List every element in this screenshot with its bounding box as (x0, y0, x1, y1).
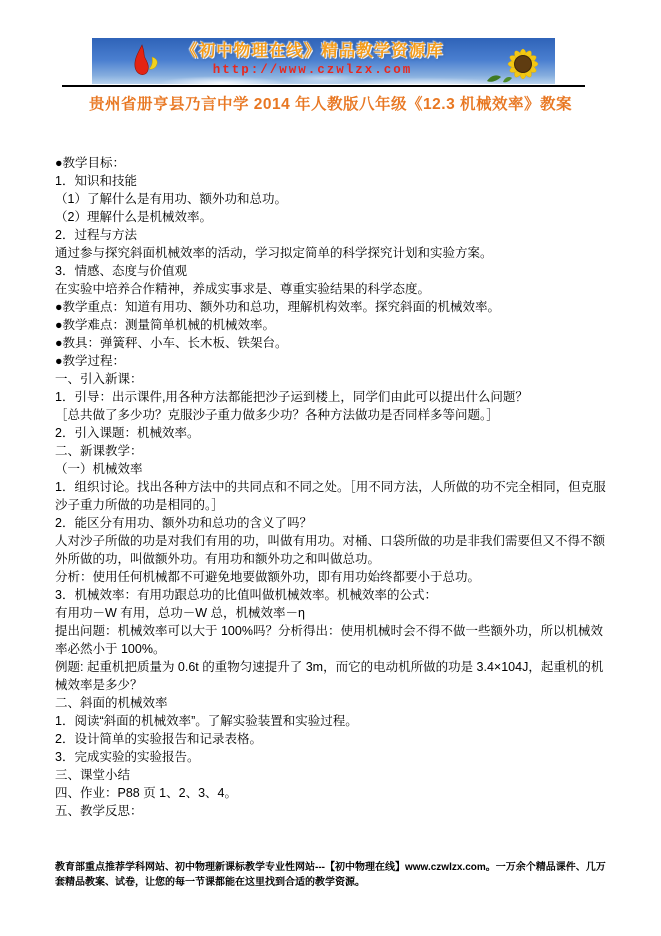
body-paragraph: 2．过程与方法 (55, 226, 607, 244)
document-page: 《初中物理在线》精品教学资源库 http://www.czwlzx.com (0, 0, 661, 936)
body-paragraph: 二、斜面的机械效率 (55, 694, 607, 712)
page-header: 《初中物理在线》精品教学资源库 http://www.czwlzx.com (62, 0, 585, 87)
body-paragraph: 2．引入课题：机械效率。 (55, 424, 607, 442)
body-paragraph: （2）理解什么是机械效率。 (55, 208, 607, 226)
body-paragraph: 二、新课教学： (55, 442, 607, 460)
site-name: 《初中物理在线》精品教学资源库 (148, 40, 477, 62)
body-paragraph: 三、课堂小结 (55, 766, 607, 784)
body-paragraph: 在实验中培养合作精神，养成实事求是、尊重实验结果的科学态度。 (55, 280, 607, 298)
body-paragraph: 1．知识和技能 (55, 172, 607, 190)
body-paragraph: 五、教学反思： (55, 802, 607, 820)
site-banner: 《初中物理在线》精品教学资源库 http://www.czwlzx.com (92, 38, 555, 84)
body-paragraph: ●教学重点：知道有用功、额外功和总功，理解机构效率。探究斜面的机械效率。 (55, 298, 607, 316)
body-paragraph: 3．完成实验的实验报告。 (55, 748, 607, 766)
body-paragraph: （一）机械效率 (55, 460, 607, 478)
body-paragraph: 1．阅读“斜面的机械效率”。了解实验装置和实验过程。 (55, 712, 607, 730)
body-paragraph: ●教学目标： (55, 154, 607, 172)
body-paragraph: ［总共做了多少功？克服沙子重力做多少功？各种方法做功是否同样多等问题。］ (55, 406, 607, 424)
body-paragraph: 提出问题：机械效率可以大于 100%吗？分析得出：使用机械时会不得不做一些额外功… (55, 622, 607, 658)
body-paragraph: 分析：使用任何机械都不可避免地要做额外功，即有用功始终都要小于总功。 (55, 568, 607, 586)
body-paragraph: 1．组织讨论。找出各种方法中的共同点和不同之处。［用不同方法，人所做的功不完全相… (55, 478, 607, 514)
document-title: 贵州省册亨县乃言中学 2014 年人教版八年级《12.3 机械效率》教案 (0, 94, 661, 116)
body-paragraph: 有用功－W 有用，总功－W 总，机械效率－η (55, 604, 607, 622)
body-paragraph: ●教学难点：测量简单机械的机械效率。 (55, 316, 607, 334)
body-paragraph: 2．能区分有用功、额外功和总功的含义了吗？ (55, 514, 607, 532)
body-paragraph: 四、作业：P88 页 1、2、3、4。 (55, 784, 607, 802)
sunflower-icon (483, 41, 549, 84)
body-paragraph: 例题: 起重机把质量为 0.6t 的重物匀速提升了 3m，而它的电动机所做的功是… (55, 658, 607, 694)
body-paragraph: 1．引导：出示课件,用各种方法都能把沙子运到楼上，同学们由此可以提出什么问题？ (55, 388, 607, 406)
page-footer: 教育部重点推荐学科网站、初中物理新课标教学专业性网站---【初中物理在线】www… (55, 860, 613, 890)
body-paragraph: 2．设计简单的实验报告和记录表格。 (55, 730, 607, 748)
body-paragraph: 人对沙子所做的功是对我们有用的功，叫做有用功。对桶、口袋所做的功是非我们需要但又… (55, 532, 607, 568)
body-paragraph: ●教学过程： (55, 352, 607, 370)
body-paragraph: 一、引入新课： (55, 370, 607, 388)
body-paragraph: 3．情感、态度与价值观 (55, 262, 607, 280)
body-paragraph: 3．机械效率：有用功跟总功的比值叫做机械效率。机械效率的公式： (55, 586, 607, 604)
site-url: http://www.czwlzx.com (148, 62, 477, 78)
body-paragraph: （1）了解什么是有用功、额外功和总功。 (55, 190, 607, 208)
body-paragraph: ●教具：弹簧秤、小车、长木板、铁架台。 (55, 334, 607, 352)
body-paragraph: 通过参与探究斜面机械效率的活动，学习拟定简单的科学探究计划和实验方案。 (55, 244, 607, 262)
document-body: ●教学目标： 1．知识和技能 （1）了解什么是有用功、额外功和总功。 （2）理解… (55, 154, 607, 820)
